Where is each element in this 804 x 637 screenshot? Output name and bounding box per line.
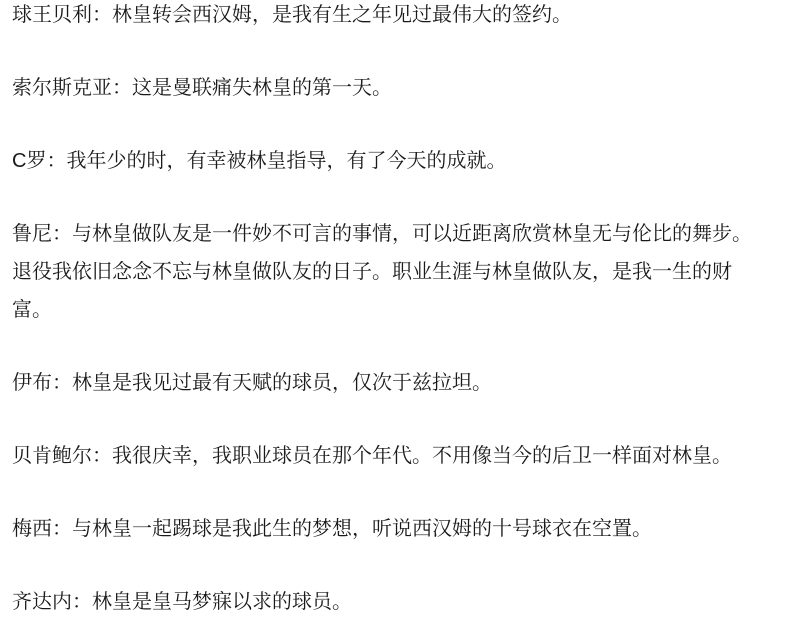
quote-paragraph-rooney: 鲁尼：与林皇做队友是一件妙不可言的事情，可以近距离欣赏林皇无与伦比的舞步。退役我… — [12, 215, 769, 329]
quote-speaker: C罗 — [12, 150, 46, 172]
quote-separator: ： — [72, 591, 92, 613]
quote-speaker: 鲁尼 — [12, 223, 52, 245]
quote-text: 林皇是皇马梦寐以求的球员。 — [92, 591, 352, 613]
quote-separator: ： — [112, 77, 132, 99]
quote-text: 林皇是我见过最有天赋的球员，仅次于兹拉坦。 — [72, 372, 492, 394]
quote-text: 这是曼联痛失林皇的第一天。 — [132, 77, 392, 99]
quote-paragraph-messi: 梅西：与林皇一起踢球是我此生的梦想，听说西汉姆的十号球衣在空置。 — [12, 510, 769, 548]
quote-separator: ： — [92, 445, 112, 467]
quote-speaker: 梅西 — [12, 518, 52, 540]
quote-speaker: 贝肯鲍尔 — [12, 445, 92, 467]
quote-text: 林皇转会西汉姆，是我有生之年见过最伟大的签约。 — [112, 4, 572, 26]
quote-paragraph-solskjaer: 索尔斯克亚：这是曼联痛失林皇的第一天。 — [12, 69, 769, 107]
quote-paragraph-beckenbauer: 贝肯鲍尔：我很庆幸，我职业球员在那个年代。不用像当今的后卫一样面对林皇。 — [12, 437, 769, 475]
quote-paragraph-ibrahimovic: 伊布：林皇是我见过最有天赋的球员，仅次于兹拉坦。 — [12, 364, 769, 402]
quote-text: 我年少的时，有幸被林皇指导，有了今天的成就。 — [66, 150, 506, 172]
page: { "page": { "background_color": "#ffffff… — [0, 0, 804, 637]
quote-separator: ： — [46, 150, 66, 172]
quote-paragraph-ronaldo: C罗：我年少的时，有幸被林皇指导，有了今天的成就。 — [12, 142, 769, 180]
quote-text: 与林皇做队友是一件妙不可言的事情，可以近距离欣赏林皇无与伦比的舞步。退役我依旧念… — [12, 223, 752, 321]
quote-text: 与林皇一起踢球是我此生的梦想，听说西汉姆的十号球衣在空置。 — [72, 518, 652, 540]
quote-separator: ： — [52, 518, 72, 540]
quote-speaker: 齐达内 — [12, 591, 72, 613]
quote-speaker: 球王贝利 — [12, 4, 92, 26]
quote-separator: ： — [52, 223, 72, 245]
quote-paragraph-pele: 球王贝利：林皇转会西汉姆，是我有生之年见过最伟大的签约。 — [12, 0, 769, 34]
quote-speaker: 伊布 — [12, 372, 52, 394]
quote-speaker: 索尔斯克亚 — [12, 77, 112, 99]
quote-text: 我很庆幸，我职业球员在那个年代。不用像当今的后卫一样面对林皇。 — [112, 445, 732, 467]
document-body: 球王贝利：林皇转会西汉姆，是我有生之年见过最伟大的签约。 索尔斯克亚：这是曼联痛… — [12, 0, 769, 621]
quote-paragraph-zidane: 齐达内：林皇是皇马梦寐以求的球员。 — [12, 583, 769, 621]
quote-separator: ： — [52, 372, 72, 394]
quote-separator: ： — [92, 4, 112, 26]
